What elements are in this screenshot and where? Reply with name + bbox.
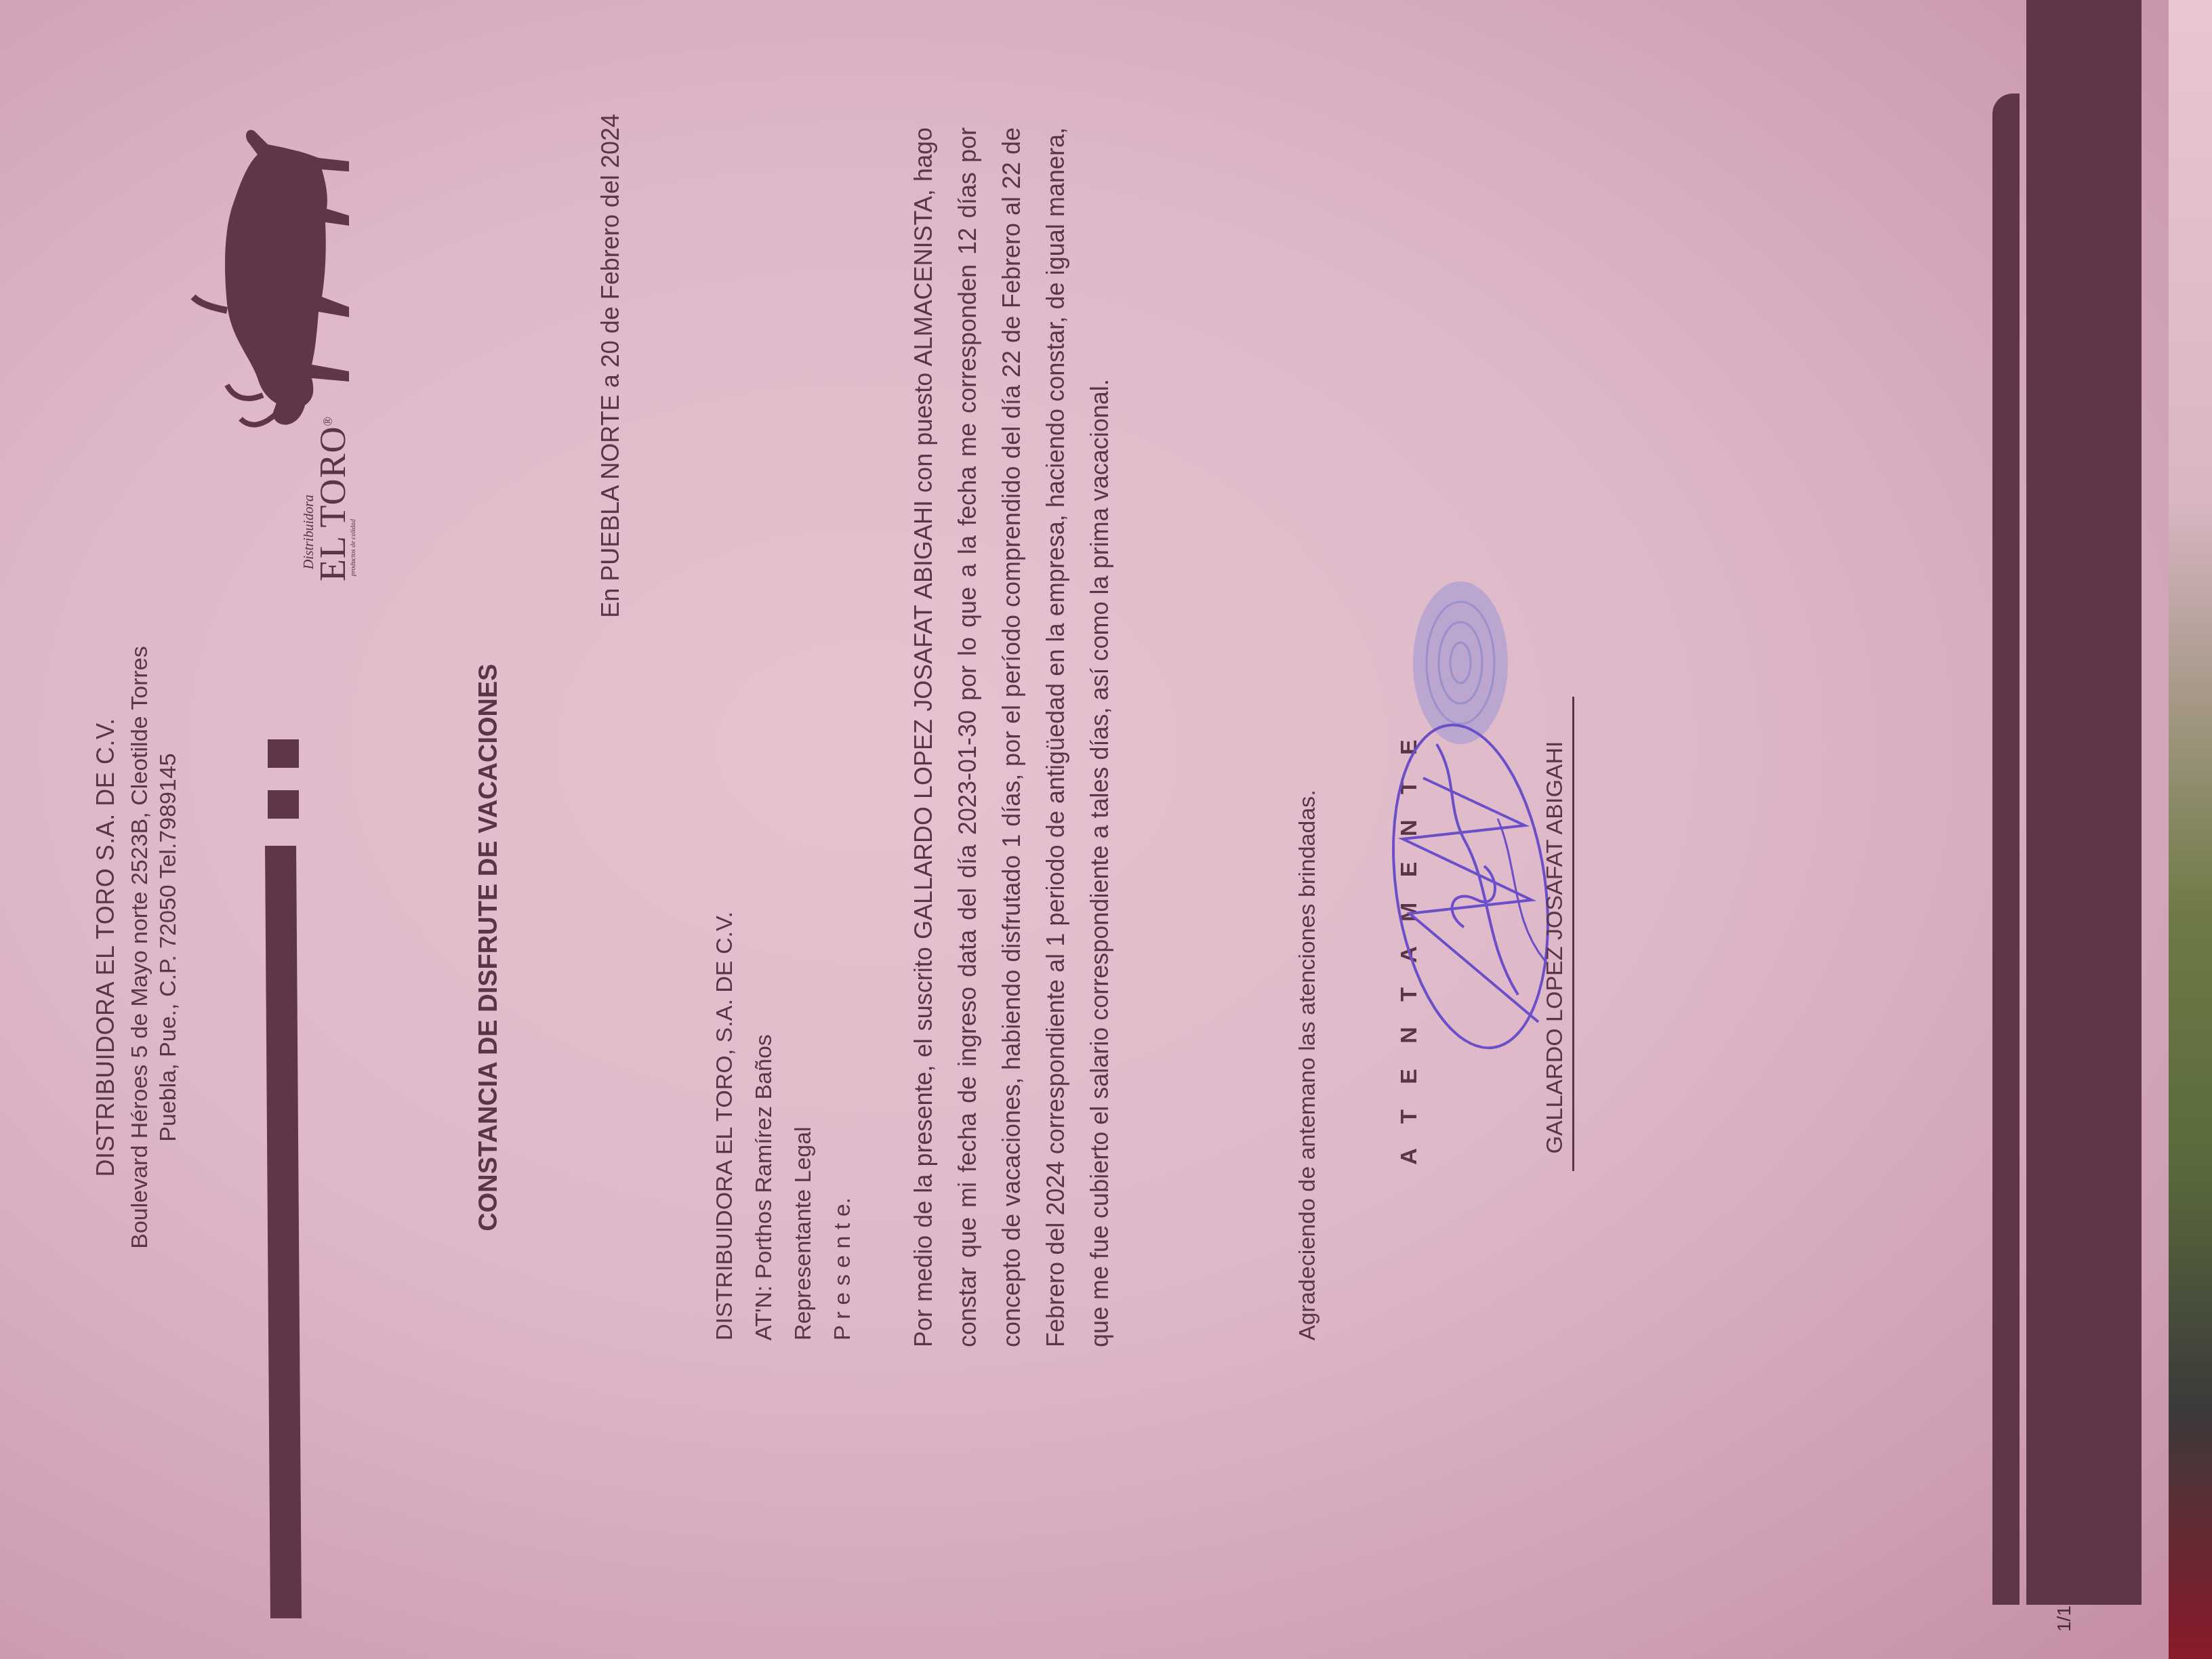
body-paragraph: Por medio de la presente, el suscrito GA… bbox=[901, 127, 1122, 1347]
address-line-2: Puebla, Pue., C.P. 72050 Tel.7989145 bbox=[154, 236, 182, 1659]
addressee-block: DISTRIBUIDORA EL TORO, S.A. DE C.V. AT'N… bbox=[705, 912, 862, 1340]
company-logo: Distribuidora EL TORO® productos de cali… bbox=[183, 114, 359, 588]
place-and-date: En PUEBLA NORTE a 20 de Febrero del 2024 bbox=[596, 114, 625, 1659]
closing-line: Agradeciendo de antemano las atenciones … bbox=[1294, 790, 1321, 1340]
logo-brand-text: EL TORO® bbox=[312, 416, 354, 581]
document-title: CONSTANCIA DE DISFRUTE DE VACACIONES bbox=[474, 236, 504, 1659]
company-name: DISTRIBUIDORA EL TORO S.A. DE C.V. bbox=[91, 236, 120, 1659]
decorative-bar-small-1 bbox=[268, 790, 299, 819]
document-page: DISTRIBUIDORA EL TORO S.A. DE C.V. Boule… bbox=[0, 0, 2169, 1659]
addressee-company: DISTRIBUIDORA EL TORO, S.A. DE C.V. bbox=[705, 912, 744, 1340]
signature-line bbox=[1572, 697, 1574, 1171]
paper-sheet: DISTRIBUIDORA EL TORO S.A. DE C.V. Boule… bbox=[0, 0, 2169, 1659]
logo-tagline: productos de calidad bbox=[350, 519, 357, 576]
decorative-bar-large bbox=[265, 846, 302, 1618]
page-number: 1/1 bbox=[2053, 1605, 2075, 1632]
signer-name: GALLARDO LOPEZ JOSAFAT ABIGAHI bbox=[1542, 236, 1568, 1659]
addressee-attention: AT'N: Porthos Ramírez Baños bbox=[744, 912, 783, 1340]
decorative-bar-small-2 bbox=[268, 739, 299, 768]
footer-bar-thin bbox=[1992, 94, 2020, 1605]
company-address: Boulevard Héroes 5 de Mayo norte 2523B, … bbox=[125, 236, 182, 1659]
bull-silhouette-icon bbox=[183, 121, 359, 432]
address-line-1: Boulevard Héroes 5 de Mayo norte 2523B, … bbox=[125, 236, 154, 1659]
addressee-greeting: P r e s e n t e. bbox=[823, 912, 862, 1340]
addressee-role: Representante Legal bbox=[783, 912, 823, 1340]
footer-bar-wide bbox=[2026, 0, 2142, 1605]
logo-brand-name: EL TORO bbox=[312, 426, 353, 581]
handwritten-signature bbox=[1382, 710, 1565, 1063]
